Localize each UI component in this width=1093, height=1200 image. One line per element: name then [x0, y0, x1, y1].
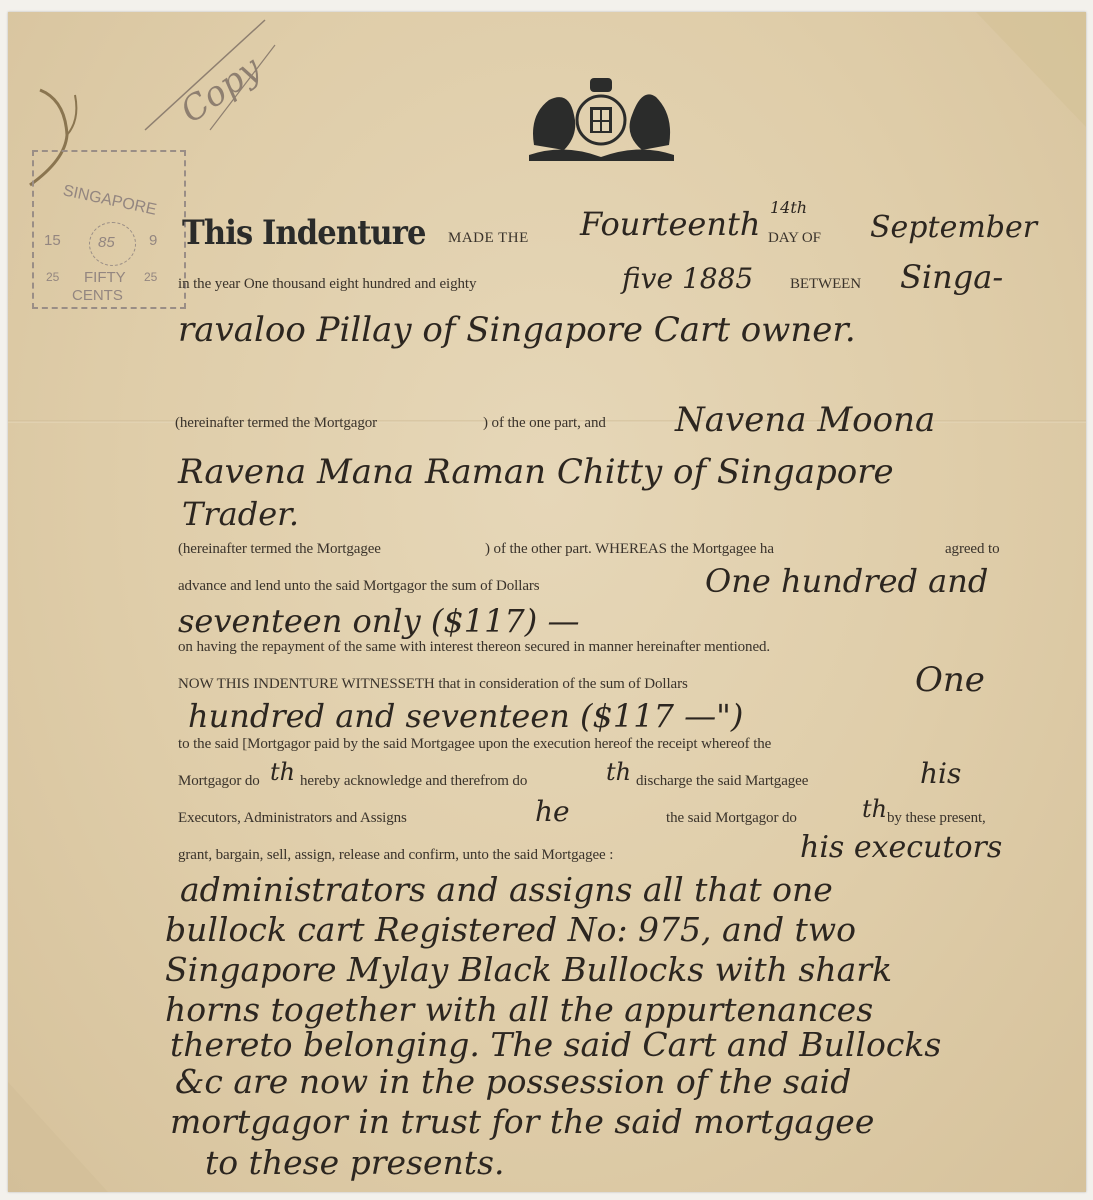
repayment-print: on having the repayment of the same with…: [178, 639, 770, 656]
whereas-print: ) of the other part. WHEREAS the Mortgag…: [485, 541, 774, 558]
hw-mortgagee-name-a: Navena Moona: [675, 400, 935, 440]
hw-mortgagee-name-b: Ravena Mana Raman Chitty of Singapore: [178, 452, 894, 492]
hw-he: he: [535, 795, 570, 828]
acknowledge-print-c: discharge the said Martgagee: [636, 773, 808, 790]
year-print: in the year One thousand eight hundred a…: [178, 276, 476, 293]
grant-print: grant, bargain, sell, assign, release an…: [178, 847, 613, 864]
made-the-label: MADE THE: [448, 230, 529, 247]
day-of-label: DAY OF: [768, 230, 821, 247]
one-part-print: ) of the one part, and: [483, 415, 606, 432]
hw-body-line-3: Singapore Mylay Black Bullocks with shar…: [165, 950, 892, 989]
hw-body-line-8: to these presents.: [205, 1143, 504, 1182]
hw-amount-words-b: seventeen only ($117) —: [178, 602, 579, 640]
advance-print: advance and lend unto the said Mortgagor…: [178, 578, 540, 595]
hw-doth-a: th: [270, 758, 295, 786]
stamp-value: FIFTY: [84, 269, 126, 286]
presents-print-a: the said Mortgagor do: [666, 810, 797, 827]
assigns-print: Executors, Administrators and Assigns: [178, 810, 407, 827]
hw-mortgagee-occupation: Trader.: [182, 495, 299, 533]
between-label: BETWEEN: [790, 276, 861, 293]
acknowledge-print-b: hereby acknowledge and therefrom do: [300, 773, 527, 790]
hw-day-ordinal: Fourteenth: [580, 205, 760, 243]
stamp-bottom-left-num: 25: [46, 270, 59, 284]
hw-his-executors: his executors: [800, 830, 1002, 865]
hw-body-line-1: administrators and assigns all that one: [180, 870, 833, 909]
folded-corner-bottom-left: [8, 1082, 108, 1192]
document-title: This Indenture: [182, 213, 426, 253]
revenue-stamp: SINGAPORE 15 85 9 25 FIFTY 25 CENTS: [32, 150, 186, 309]
hw-body-line-4: horns together with all the appurtenance…: [165, 990, 873, 1029]
hw-day-sup: 14th: [770, 198, 807, 217]
stamp-left-num: 15: [44, 232, 61, 249]
presents-print-b: by these present,: [887, 810, 986, 827]
agreed-to-print: agreed to: [945, 541, 1000, 558]
stamp-top-text: SINGAPORE: [61, 182, 158, 219]
acknowledge-print-a: Mortgagor do: [178, 773, 260, 790]
hw-consideration-a: One: [915, 660, 985, 700]
hw-mortgagor-name-a: Singa-: [900, 258, 1003, 296]
hw-consideration-b: hundred and seventeen ($117 —"): [188, 697, 743, 735]
stamp-center-num: 85: [98, 234, 115, 251]
hw-body-line-2: bullock cart Registered No: 975, and two: [165, 910, 856, 949]
hw-body-line-6: &c are now in the possession of the said: [175, 1062, 851, 1101]
stamp-unit: CENTS: [72, 287, 123, 304]
hw-body-line-5: thereto belonging. The said Cart and Bul…: [170, 1025, 941, 1064]
hw-doth-c: th: [862, 795, 887, 823]
hw-doth-b: th: [606, 758, 631, 786]
hw-mortgagor-name-b: ravaloo Pillay of Singapore Cart owner.: [178, 310, 856, 350]
royal-crest-icon: [524, 75, 679, 163]
hw-amount-words-a: One hundred and: [705, 562, 988, 600]
hw-body-line-7: mortgagor in trust for the said mortgage…: [170, 1102, 874, 1141]
folded-corner-top-right: [976, 12, 1086, 127]
hw-month: September: [870, 210, 1037, 245]
mortgagee-print: (hereinafter termed the Mortgagee: [178, 541, 381, 558]
stamp-bottom-right-num: 25: [144, 270, 157, 284]
receipt-print: to the said [Mortgagor paid by the said …: [178, 736, 771, 753]
witnesseth-print: NOW THIS INDENTURE WITNESSETH that in co…: [178, 676, 688, 693]
mortgagor-print: (hereinafter termed the Mortgagor: [175, 415, 377, 432]
stamp-right-num: 9: [149, 232, 157, 249]
hw-year: five 1885: [622, 262, 753, 295]
hw-his-a: his: [920, 757, 961, 790]
